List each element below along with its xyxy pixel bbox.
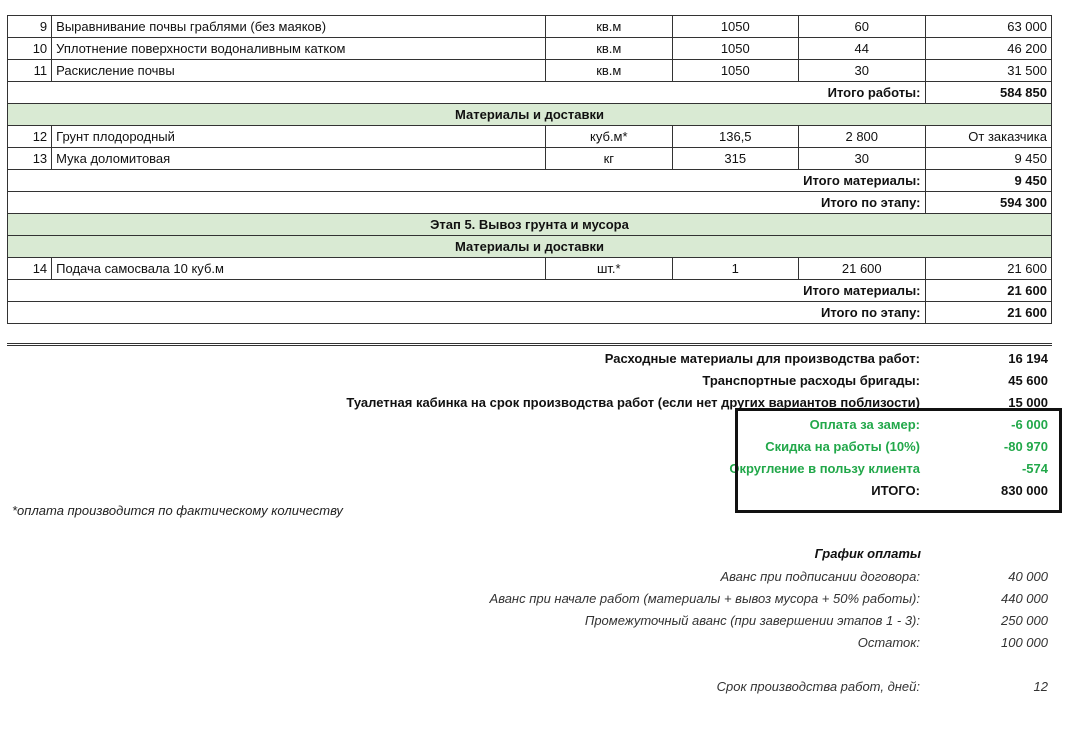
section-header: Материалы и доставки — [8, 104, 1052, 126]
section-title: Материалы и доставки — [8, 104, 1052, 126]
schedule-row: Аванс при подписании договора: 40 000 — [0, 566, 1072, 588]
item-qty: 315 — [672, 148, 798, 170]
item-price: 2 800 — [799, 126, 925, 148]
item-sum: От заказчика — [925, 126, 1052, 148]
schedule-value: 440 000 — [1001, 588, 1048, 610]
footnote: *оплата производится по фактическому кол… — [12, 503, 343, 518]
item-qty: 1 — [672, 258, 798, 280]
subtotal-value: 9 450 — [925, 170, 1052, 192]
spacer-cell — [8, 82, 799, 104]
consumables-value: 16 194 — [1008, 348, 1048, 370]
item-qty: 1050 — [672, 60, 798, 82]
subtotal-row: Итого работы: 584 850 — [8, 82, 1052, 104]
item-qty: 136,5 — [672, 126, 798, 148]
table-row: 11 Раскисление почвы кв.м 1050 30 31 500 — [8, 60, 1052, 82]
stage-header: Этап 5. Вывоз грунта и мусора — [8, 214, 1052, 236]
item-price: 44 — [799, 38, 925, 60]
table-row: 10 Уплотнение поверхности водоналивным к… — [8, 38, 1052, 60]
spacer-cell — [8, 280, 799, 302]
table-row: 12 Грунт плодородный куб.м* 136,5 2 800 … — [8, 126, 1052, 148]
row-number: 12 — [8, 126, 52, 148]
stage-total-value: 594 300 — [925, 192, 1052, 214]
stage-total-label: Итого по этапу: — [799, 302, 925, 324]
row-number: 11 — [8, 60, 52, 82]
subtotal-label: Итого работы: — [799, 82, 925, 104]
stage-total-value: 21 600 — [925, 302, 1052, 324]
item-name: Грунт плодородный — [52, 126, 546, 148]
item-sum: 46 200 — [925, 38, 1052, 60]
table-row: 9 Выравнивание почвы граблями (без маяко… — [8, 16, 1052, 38]
item-name: Раскисление почвы — [52, 60, 546, 82]
schedule-value: 40 000 — [1008, 566, 1048, 588]
item-price: 60 — [799, 16, 925, 38]
item-name: Выравнивание почвы граблями (без маяков) — [52, 16, 546, 38]
item-unit: кг — [546, 148, 672, 170]
row-number: 14 — [8, 258, 52, 280]
item-price: 21 600 — [799, 258, 925, 280]
schedule-label: Промежуточный аванс (при завершении этап… — [585, 610, 920, 632]
schedule-label: Остаток: — [858, 632, 920, 654]
stage-total-row: Итого по этапу: 21 600 — [8, 302, 1052, 324]
row-number: 13 — [8, 148, 52, 170]
stage-title: Этап 5. Вывоз грунта и мусора — [8, 214, 1052, 236]
subtotal-label: Итого материалы: — [799, 170, 925, 192]
duration-row: Срок производства работ, дней: 12 — [0, 676, 1072, 698]
table-row: 13 Мука доломитовая кг 315 30 9 450 — [8, 148, 1052, 170]
item-sum: 31 500 — [925, 60, 1052, 82]
schedule-label: Аванс при подписании договора: — [720, 566, 920, 588]
subtotal-value: 584 850 — [925, 82, 1052, 104]
schedule-label: Аванс при начале работ (материалы + выво… — [490, 588, 920, 610]
schedule-value: 250 000 — [1001, 610, 1048, 632]
item-sum: 21 600 — [925, 258, 1052, 280]
item-price: 30 — [799, 60, 925, 82]
row-number: 10 — [8, 38, 52, 60]
spacer-cell — [8, 170, 799, 192]
section-title: Материалы и доставки — [8, 236, 1052, 258]
table-row: 14 Подача самосвала 10 куб.м шт.* 1 21 6… — [8, 258, 1052, 280]
schedule-row: Остаток: 100 000 — [0, 632, 1072, 654]
item-sum: 9 450 — [925, 148, 1052, 170]
subtotal-row: Итого материалы: 9 450 — [8, 170, 1052, 192]
spacer-cell — [8, 302, 799, 324]
item-qty: 1050 — [672, 38, 798, 60]
transport-value: 45 600 — [1008, 370, 1048, 392]
item-unit: кв.м — [546, 16, 672, 38]
consumables-row: Расходные материалы для производства раб… — [0, 348, 1072, 370]
transport-row: Транспортные расходы бригады: 45 600 — [0, 370, 1072, 392]
consumables-label: Расходные материалы для производства раб… — [605, 348, 920, 370]
item-name: Подача самосвала 10 куб.м — [52, 258, 546, 280]
duration-value: 12 — [1034, 676, 1048, 698]
duration-label: Срок производства работ, дней: — [717, 676, 920, 698]
item-unit: куб.м* — [546, 126, 672, 148]
schedule-row: Аванс при начале работ (материалы + выво… — [0, 588, 1072, 610]
stage-total-row: Итого по этапу: 594 300 — [8, 192, 1052, 214]
spacer-cell — [8, 192, 799, 214]
total-highlight-box — [735, 408, 1062, 513]
row-number: 9 — [8, 16, 52, 38]
item-unit: кв.м — [546, 60, 672, 82]
schedule-row: Промежуточный аванс (при завершении этап… — [0, 610, 1072, 632]
section-header: Материалы и доставки — [8, 236, 1052, 258]
item-qty: 1050 — [672, 16, 798, 38]
item-unit: шт.* — [546, 258, 672, 280]
schedule-title: График оплаты — [815, 546, 921, 561]
item-name: Уплотнение поверхности водоналивным катк… — [52, 38, 546, 60]
subtotal-label: Итого материалы: — [799, 280, 925, 302]
stage-total-label: Итого по этапу: — [799, 192, 925, 214]
subtotal-row: Итого материалы: 21 600 — [8, 280, 1052, 302]
subtotal-value: 21 600 — [925, 280, 1052, 302]
item-unit: кв.м — [546, 38, 672, 60]
item-sum: 63 000 — [925, 16, 1052, 38]
double-divider — [7, 343, 1052, 346]
schedule-value: 100 000 — [1001, 632, 1048, 654]
estimate-table: 9 Выравнивание почвы граблями (без маяко… — [7, 15, 1052, 324]
item-price: 30 — [799, 148, 925, 170]
transport-label: Транспортные расходы бригады: — [702, 370, 920, 392]
item-name: Мука доломитовая — [52, 148, 546, 170]
